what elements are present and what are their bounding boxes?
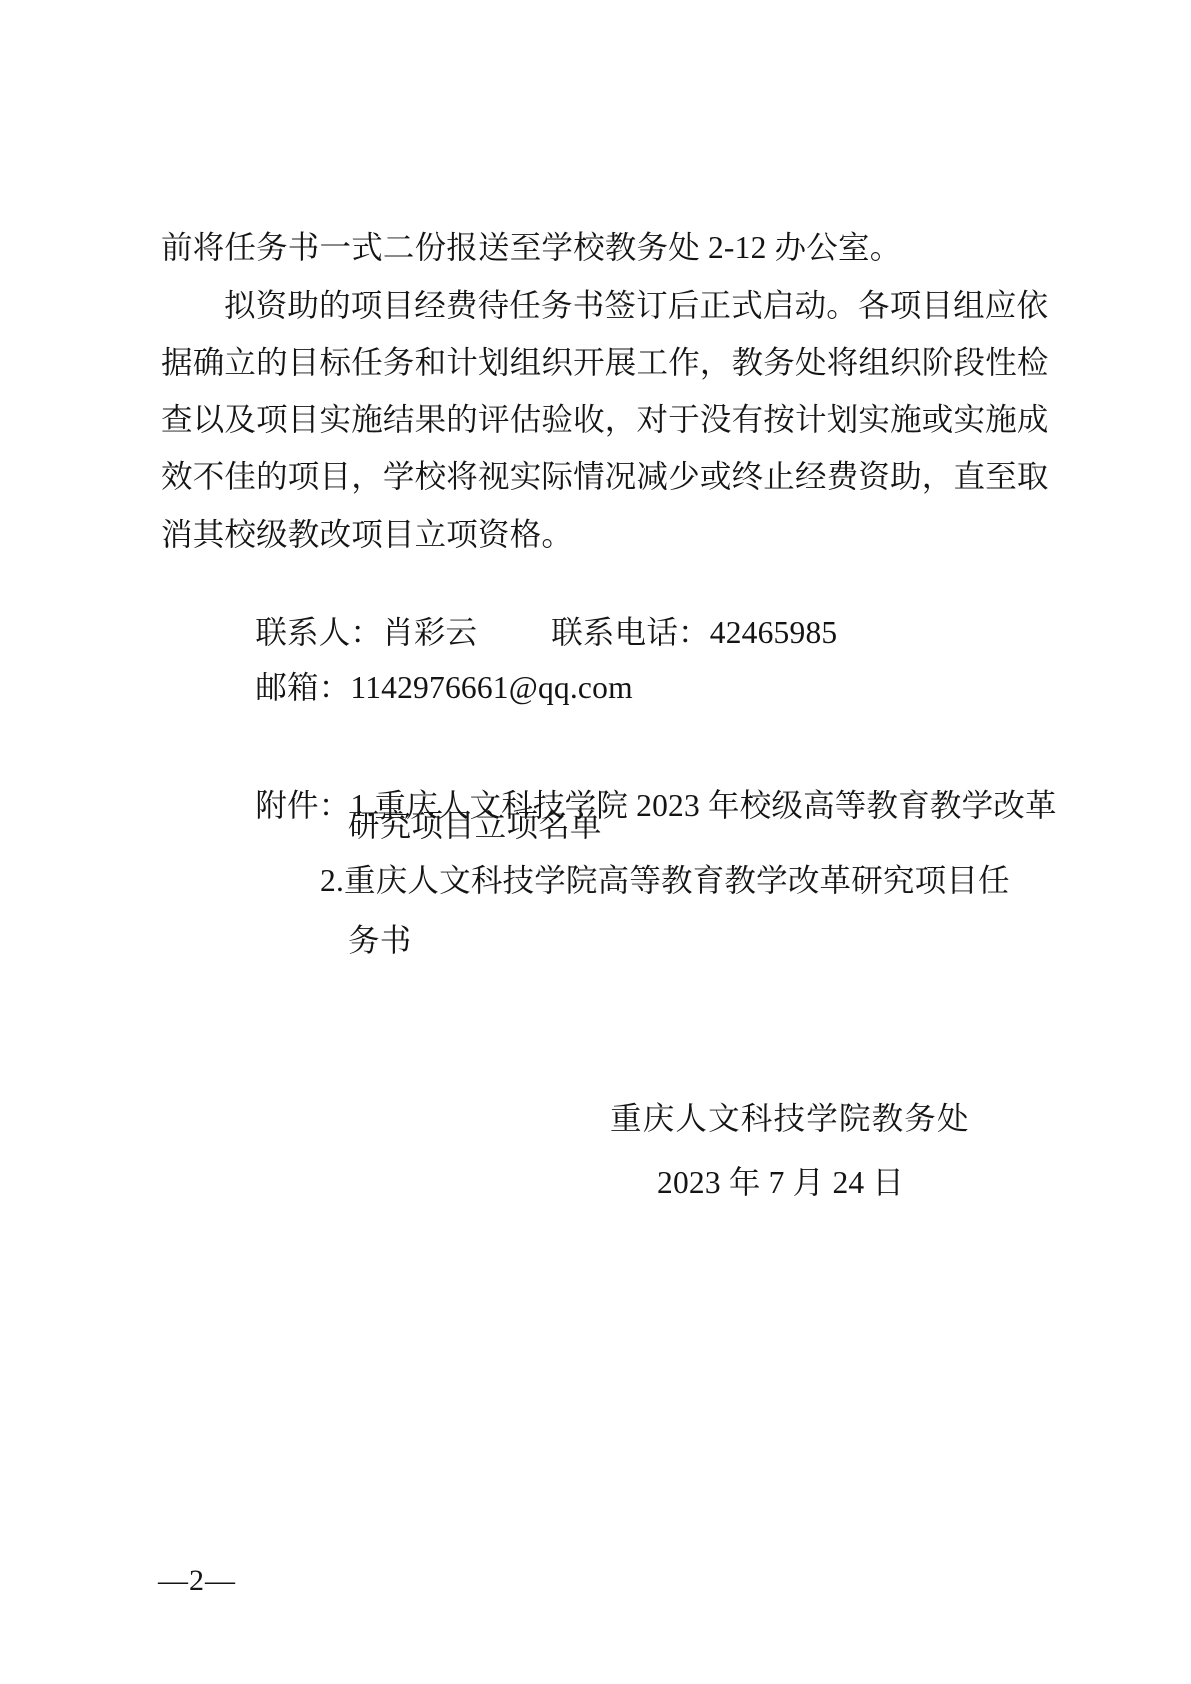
contact-phone-number: 42465985: [710, 615, 838, 650]
attachment-item-2-line-2: 务书: [348, 922, 411, 959]
email-label: 邮箱：: [255, 670, 350, 705]
body-line-6: 消其校级教改项目立项资格。: [161, 516, 573, 553]
document-page: 前将任务书一式二份报送至学校教务处 2-12 办公室。 拟资助的项目经费待任务书…: [0, 0, 1191, 1684]
email-value: 1142976661@qq.com: [350, 670, 632, 705]
body-line-4: 查以及项目实施结果的评估验收，对于没有按计划实施或实施成: [161, 401, 1049, 438]
attachment-item-2-line-1: 2.重庆人文科技学院高等教育教学改革研究项目任: [320, 862, 1010, 899]
attachments-label: 附件：: [255, 788, 350, 823]
body-line-2: 拟资助的项目经费待任务书签订后正式启动。各项目组应依: [224, 287, 1048, 324]
signature-organization: 重庆人文科技学院教务处: [610, 1100, 970, 1137]
attachments-line-1: 附件：1.重庆人文科技学院 2023 年校级高等教育教学改革: [223, 750, 1057, 861]
page-number: —2—: [158, 1564, 236, 1598]
body-line-1: 前将任务书一式二份报送至学校教务处 2-12 办公室。: [161, 229, 901, 266]
body-line-5: 效不佳的项目，学校将视实际情况减少或终止经费资助，直至取: [161, 458, 1049, 495]
email-line: 邮箱：1142976661@qq.com: [223, 632, 633, 743]
attachment-item-1-line-2: 研究项目立项名单: [348, 807, 602, 844]
body-line-3: 据确立的目标任务和计划组织开展工作，教务处将组织阶段性检: [161, 344, 1049, 381]
signature-date: 2023 年 7 月 24 日: [657, 1164, 904, 1201]
